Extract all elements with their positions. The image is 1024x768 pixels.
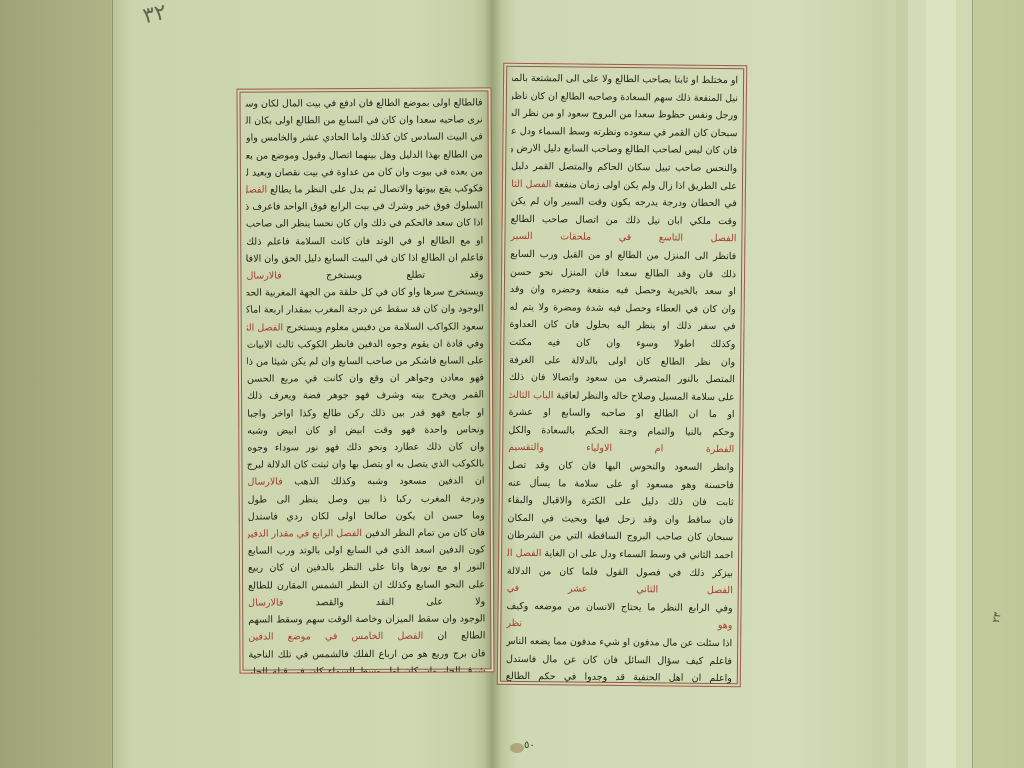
line-text: الطالع ان [437, 631, 485, 642]
manuscript-line: ودرجة المغرب ركبا ذا بين وصل ينظر الى طو… [248, 490, 485, 508]
manuscript-line: ورجل ونفس حظوظ سعدا من البروج سعود او من… [512, 105, 738, 125]
line-text: ونحاس واحدة فهو وقت ابيض او كان ابيض وشب… [247, 424, 484, 436]
manuscript-line: سعود الكواكب السلامة من دفيس معلوم ويستخ… [247, 318, 484, 336]
manuscript-line: واعلم ان اهل الحنفية قد وجدوا في حكم الط… [506, 668, 732, 687]
manuscript-line: او سعد بالخيرية وحصل فيه منفعة وحضره وان… [510, 281, 736, 301]
rubric-heading: الفصل الحادي عشر [507, 547, 541, 559]
manuscript-line: ويستخرج سرها واو كان في كل حلقة من الجهة… [246, 284, 483, 302]
manuscript-line: بالكوكب الذي يتصل به او يتصل بها وان ثبت… [247, 456, 484, 474]
line-text: من بعده في بيوت وان كان من عداوة في بيت … [246, 166, 483, 179]
line-text: القمر ويخرج بيته وشرف فهو جوهر فضة ويعرف… [247, 390, 484, 402]
line-text: سبحان كان صاحب البروج الساقطة التي من ال… [507, 530, 733, 543]
line-text: على سلامة المسيل وصلاح حاله والنظر لعاقب… [556, 390, 734, 403]
line-text: وان كان ذلك عطارد ونحو ذلك فهو نور سوداء… [247, 441, 484, 453]
line-text: في سفر ذلك او ينظر اليه بحلول فان كان ال… [509, 319, 735, 332]
line-text: ان الدفين مسعود وشبه وكذلك الذهب [294, 476, 484, 488]
manuscript-line: فهو معادن وجواهر ان وقع وان كانت في مربع… [247, 370, 484, 388]
manuscript-line: ثابت فان ذلك دليل على الكثرة والاقبال وا… [508, 492, 734, 512]
line-text: ودرجة المغرب ركبا ذا بين وصل ينظر الى طو… [248, 493, 485, 505]
manuscript-line: المتصل بالنور المتصرف من سعود واتصالا فا… [509, 369, 735, 389]
rubric-heading: وهو نظر [506, 618, 732, 631]
line-text: بالكوكب الذي يتصل به او يتصل بها وان ثبت… [247, 459, 484, 471]
manuscript-line: الفصل الثاني عشر في [507, 580, 733, 600]
manuscript-line: فالطالع اولى بموضع الطالع فان ادفع في بي… [246, 94, 483, 112]
manuscript-line: وفي قادة ان يقوم وجوه الدفين فانظر الكوك… [247, 335, 484, 353]
line-text: فاحسنة وهو مسعود او على سلامة ما يسأل عن… [508, 477, 734, 490]
line-text: على السابع فاشكر من صاحب السابع وان لم ي… [247, 355, 484, 367]
line-text: سعود الكواكب السلامة من دفيس معلوم ويستخ… [286, 321, 484, 333]
line-text: فانظر الى المنزل من الطالع او من القبل و… [510, 249, 736, 262]
foliation-mark: ٥٠ [524, 740, 535, 751]
manuscript-line: ولا على النقد والقصد فالارسال [248, 593, 485, 611]
manuscript-line: وان كان ذلك عطارد ونحو ذلك فهو نور سوداء… [247, 438, 484, 456]
manuscript-line: في سفر ذلك او ينظر اليه بحلول فان كان ال… [509, 316, 735, 336]
manuscript-line: ان الدفين مسعود وشبه وكذلك الذهب فالارسا… [247, 473, 484, 491]
ink-stain [510, 743, 524, 753]
line-text: فالطالع اولى بموضع الطالع فان ادفع في بي… [246, 97, 483, 110]
rubric-heading: فالارسال [246, 270, 281, 281]
line-text: سبحان كان القمر في سعوده ونظرته وسط السم… [511, 125, 737, 139]
leaf-edge [956, 0, 973, 768]
manuscript-line: احمد الثاني في وسط السماء ودل على ان الغ… [507, 545, 733, 565]
manuscript-line: كون الدفين اسعد الذي في السابع اولى بالو… [248, 542, 485, 560]
line-text: وفي قادة ان يقوم وجوه الدفين فانظر الكوك… [247, 338, 484, 350]
rubric-heading: الفطرة ام الاولياء والتقسيم [508, 442, 734, 455]
manuscript-line: النور او مع نورها وانا على النظر بالدفين… [248, 559, 485, 577]
manuscript-line: او ما ان الطالع او صاحبه والسابع او عشرة [509, 404, 735, 424]
line-text: نيل المنفعة ذلك سهم السعادة وصاحبه الطال… [512, 90, 738, 104]
line-text: فهو معادن وجواهر ان وقع وان كانت في مربع… [247, 373, 484, 385]
manuscript-line: السلوك فوق خير وشرك في بيت الرابع فوق ال… [246, 198, 483, 216]
line-text: ذلك فان وقد الطالع سعدا فان المنزل نحو ح… [510, 266, 736, 279]
line-text: او ما ان الطالع او صاحبه والسابع او عشرة [509, 407, 735, 420]
line-text: اذا سئلت عن مال مدفون او شيء مدفون مما ي… [506, 636, 732, 649]
rubric-heading: الفصل الثاني عشر في [507, 583, 733, 596]
manuscript-line: الوجود وان سقط الميزان وخاصة الوقت سهم و… [248, 610, 485, 628]
line-text: وان نظر الطالع كان اولى بالدلالة على الغ… [509, 354, 735, 367]
line-text: وانظر السعود والنحوس اليها فان كان وقد ت… [508, 460, 734, 473]
line-text: شرق الحار وان كان اول وسط السماء كان في … [248, 665, 485, 674]
manuscript-line: فان برج وربع هو من ارباع الفلك فالشمس في… [248, 645, 485, 663]
leaf-edge [926, 0, 957, 768]
line-text: وحكم بالنيا والتمام وجنة الحكم بالسعادة … [508, 425, 734, 438]
leaf-edge [872, 0, 887, 768]
line-text: فان ساقط وان وقد زحل فيها وبحيث في المكا… [507, 513, 733, 526]
line-text: نرى صاحبه سعدا وان كان في السابع من الطا… [246, 115, 483, 128]
manuscript-line: او مع الطالع او في الوتد فان كانت السلام… [246, 232, 483, 250]
rubric-heading: الفصل الرابع في مقدار الدفين اينظر ام لا… [248, 528, 362, 540]
line-text: فكوكب يقع بيوتها والاتصال ثم يدل على الن… [270, 183, 483, 195]
manuscript-line: او مختلط او ثابتا بصاحب الطالع ولا على ا… [512, 70, 738, 90]
manuscript-line: القمر ويخرج بيته وشرف فهو جوهر فضة ويعرف… [247, 387, 484, 405]
line-text: وما حسن ان يكون صالحا اولى لكان ردي فاست… [248, 510, 485, 522]
line-text: النور او مع نورها وانا على النظر بالدفين… [248, 562, 485, 574]
manuscript-line: الطالع ان الفصل الخامس في موضع الدفين [248, 628, 485, 646]
line-text: على النحو السابع وكذلك ان النظر الشمس ال… [248, 579, 485, 591]
line-text: او جامع فهو قدر بين ذلك ركن طالع وكذا او… [247, 407, 484, 419]
rubric-heading: الفصل الخامس في موضع الدفين [248, 631, 423, 643]
line-text: في البيت السادس كان كذلك واما الحادي عشر… [246, 132, 483, 145]
line-text: ثابت فان ذلك دليل على الكثرة والاقبال وا… [508, 495, 734, 508]
manuscript-line: فانظر الى المنزل من الطالع او من القبل و… [510, 246, 736, 266]
manuscript-line: من الطالع بهذا الدليل وهل بينهما اتصال و… [246, 146, 483, 164]
manuscript-line: وكذلك اطولا وسوء وان كان فيه مكثت [509, 334, 735, 354]
line-text: في الحطان ودرجة يدرجه يكون وقت السير وان… [511, 196, 737, 209]
line-text: فان كان من تمام النظر الدفين [365, 527, 485, 539]
rubric-heading: فالارسال [248, 597, 283, 608]
manuscript-line: شرق الحار وان كان اول وسط السماء كان في … [248, 662, 485, 674]
line-text: كون الدفين اسعد الذي في السابع اولى بالو… [248, 545, 485, 557]
manuscript-line: في الحطان ودرجة يدرجه يكون وقت السير وان… [511, 193, 737, 213]
rubric-heading: الفصل الثامن في الوقت [511, 178, 551, 190]
line-text: ورجل ونفس حظوظ سعدا من البروج سعود او من… [512, 108, 738, 122]
manuscript-line: على النحو السابع وكذلك ان النظر الشمس ال… [248, 576, 485, 594]
fore-edge-note: ٢٣ [991, 611, 1004, 623]
rubric-heading: الفصل الثالث في تربيع الدفين [247, 322, 283, 334]
manuscript-line: فاعلم ان الطالع اذا كان في البيت السابع … [246, 249, 483, 267]
manuscript-line: الوجود وان كان قد سقط عن درجة المغرب بمق… [247, 301, 484, 319]
manuscript-line: نرى صاحبه سعدا وان كان في السابع من الطا… [246, 112, 483, 130]
line-text: ويستخرج سرها واو كان في كل حلقة من الجهة… [246, 287, 483, 299]
right-text-block: او مختلط او ثابتا بصاحب الطالع ولا على ا… [497, 63, 748, 688]
line-text: المتصل بالنور المتصرف من سعود واتصالا فا… [509, 372, 735, 385]
line-text: اذا كان سعد فالحكم في ذلك وان كان نحسا ي… [246, 218, 483, 230]
manuscript-line: في البيت السادس كان كذلك واما الحادي عشر… [246, 129, 483, 147]
line-text: او مع الطالع او في الوتد فان كانت السلام… [246, 235, 483, 247]
manuscript-line: اذا سئلت عن مال مدفون او شيء مدفون مما ي… [506, 633, 732, 653]
line-text: من الطالع بهذا الدليل وهل بينهما اتصال و… [246, 149, 483, 162]
manuscript-line: او جامع فهو قدر بين ذلك ركن طالع وكذا او… [247, 404, 484, 422]
line-text: بيزكر ذلك في فصول القول فلما كان من الدل… [507, 565, 733, 578]
rubric-heading: الفصل الثاني في النظر في الاولياء والحلف… [246, 185, 267, 197]
manuscript-line: وقد تطلع ويستخرج فالارسال [246, 266, 483, 284]
line-text: الوجود وان كان قد سقط عن درجة المغرب بمق… [247, 304, 484, 316]
line-text: ولا على النقد والقصد [316, 596, 486, 608]
line-text: فان كان ليس لصاحب الطالع وصاحب السابع دل… [511, 143, 737, 157]
manuscript-line: فكوكب يقع بيوتها والاتصال ثم يدل على الن… [246, 180, 483, 198]
page-number: ٣٢ [141, 0, 169, 29]
manuscript-line: اذا كان سعد فالحكم في ذلك وان كان نحسا ي… [246, 215, 483, 233]
open-book: ٣٢ فالطالع اولى بموضع الطالع فان ادفع في… [112, 0, 912, 768]
line-text: احمد الثاني في وسط السماء ودل على ان الغ… [544, 548, 733, 561]
manuscript-line: وانظر السعود والنحوس اليها فان كان وقد ت… [508, 457, 734, 477]
line-text: والنحس صاحب تبيل سكان الحاكم والمتصل الق… [511, 161, 737, 174]
manuscript-line: على السابع فاشكر من صاحب السابع وان لم ي… [247, 352, 484, 370]
manuscript-line: ونحاس واحدة فهو وقت ابيض او كان ابيض وشب… [247, 421, 484, 439]
left-text-block: فالطالع اولى بموضع الطالع فان ادفع في بي… [236, 87, 494, 673]
manuscript-line: فان كان ليس لصاحب الطالع وصاحب السابع دل… [511, 140, 737, 160]
manuscript-line: من بعده في بيوت وان كان من عداوة في بيت … [246, 163, 483, 181]
rubric-heading: الفصل التاسع في ملحقات السير [510, 231, 736, 244]
line-text: واعلم ان اهل الحنفية قد وجدوا في حكم الط… [506, 671, 732, 684]
line-text: الوجود وان سقط الميزان وخاصة الوقت سهم و… [248, 613, 485, 625]
line-text: وقت ملكي ابان نيل ذلك من اتصال صاحب الطا… [511, 214, 737, 227]
line-text: فاعلم ان الطالع اذا كان في البيت السابع … [246, 252, 483, 264]
line-text: على الطريق اذا زال ولم يكن اولى زمان منف… [554, 179, 737, 192]
manuscript-line: الفصل التاسع في ملحقات السير [510, 228, 736, 248]
manuscript-line: وما حسن ان يكون صالحا اولى لكان ردي فاست… [248, 507, 485, 525]
fore-edge-leaves [872, 0, 982, 768]
line-text: فاعلم كيف سؤال السائل فان كان عن مال فاس… [506, 653, 732, 666]
line-text: وكذلك اطولا وسوء وان كان فيه مكثت [509, 337, 735, 350]
manuscript-line: فان كان من تمام النظر الدفين الفصل الراب… [248, 524, 485, 542]
line-text: وفي الرابع النظر ما يحتاج الانسان من موض… [507, 601, 733, 614]
line-text: وان كان في العطاء وحصل فيه شدة ومضرة ولا… [510, 302, 736, 315]
rubric-heading: الباب الثالث في الفطرة ام الباب [509, 389, 554, 401]
line-text: السلوك فوق خير وشرك في بيت الرابع فوق ال… [246, 201, 483, 213]
leaf-edge [908, 0, 927, 768]
line-text: او سعد بالخيرية وحصل فيه منفعة وحضره وان… [510, 284, 736, 297]
line-text: فان برج وربع هو من ارباع الفلك فالشمس في… [248, 648, 485, 660]
line-text: وقد تطلع ويستخرج [326, 269, 484, 281]
line-text: او مختلط او ثابتا بصاحب الطالع ولا على ا… [512, 72, 738, 86]
manuscript-line: والنحس صاحب تبيل سكان الحاكم والمتصل الق… [511, 158, 737, 178]
rubric-heading: فالارسال [248, 477, 283, 488]
